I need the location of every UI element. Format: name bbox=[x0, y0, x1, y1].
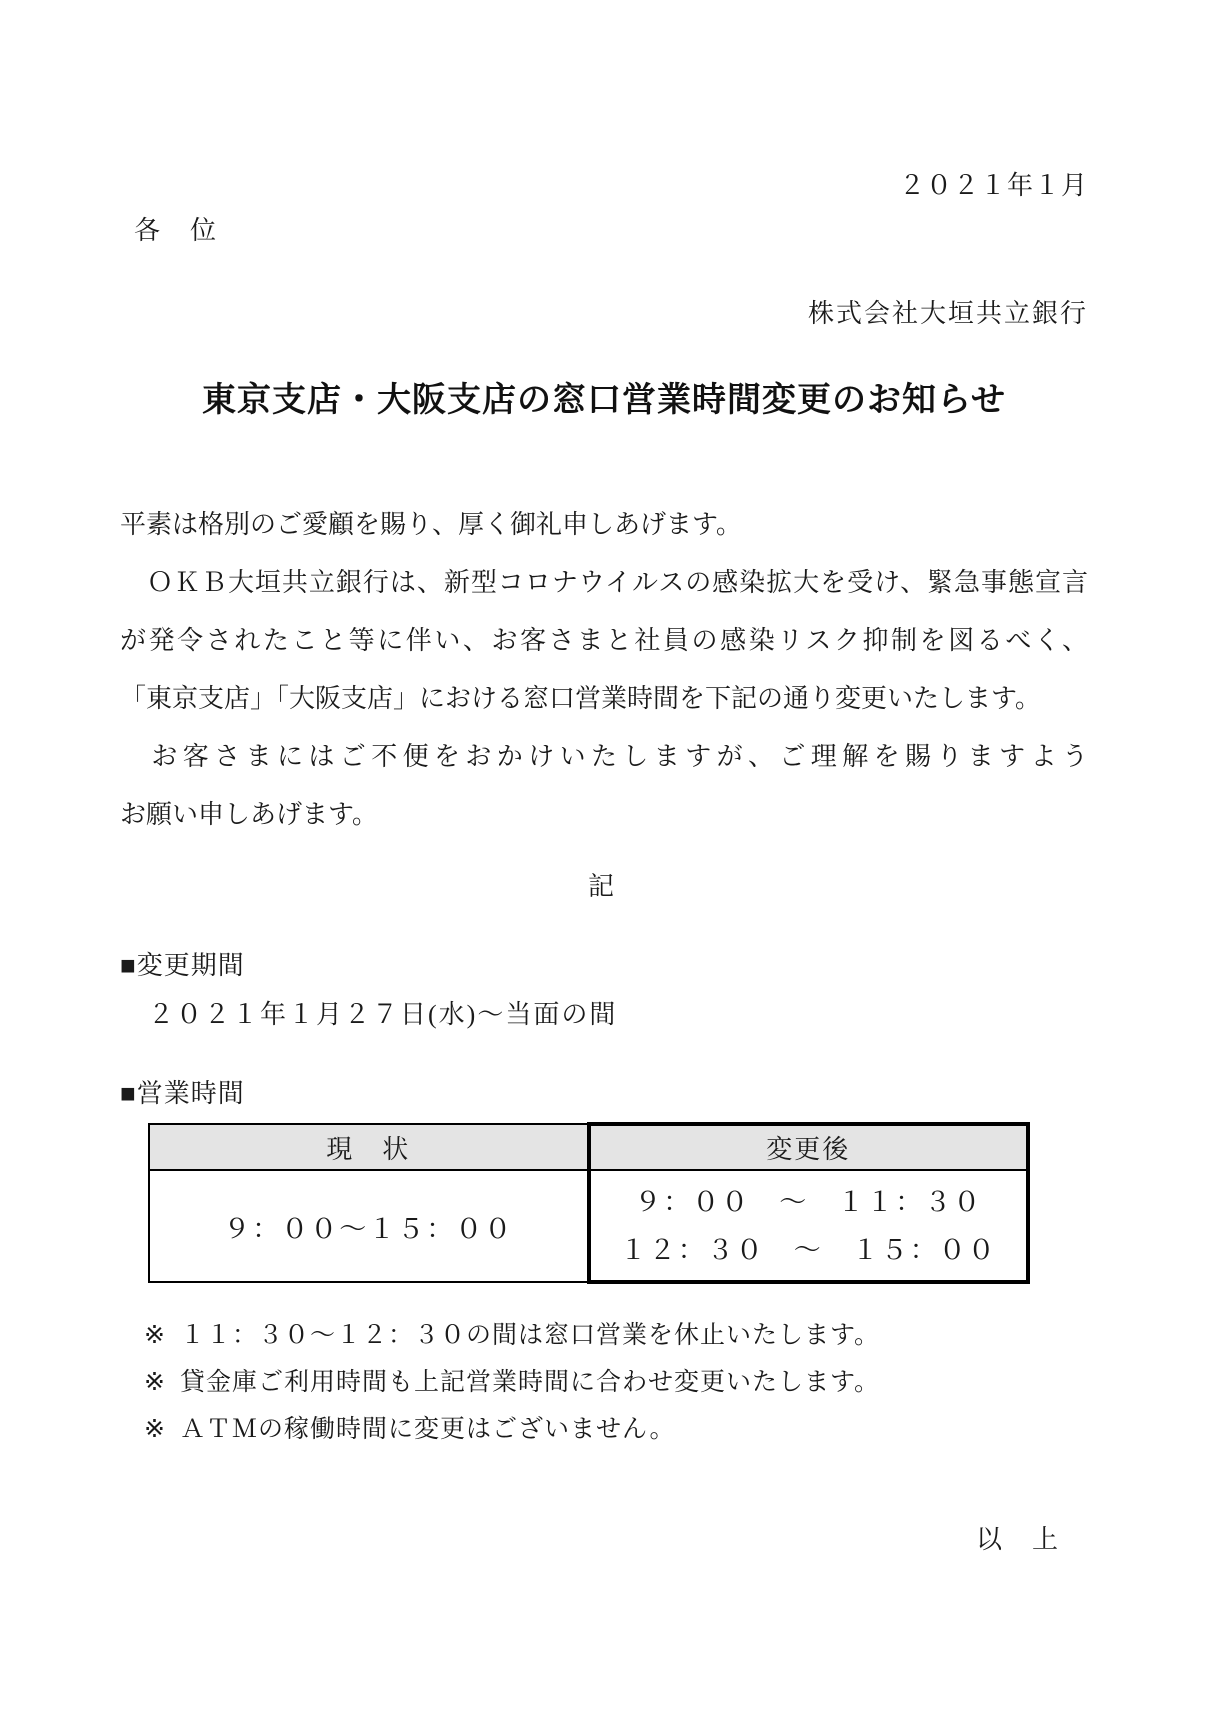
note-marker-2: ※ bbox=[144, 1369, 166, 1396]
note-item-2: ※貸金庫ご利用時間も上記営業時間に合わせ変更いたします。 bbox=[144, 1359, 1088, 1406]
note-text-1: １１：３０～１２：３０の間は窓口営業を休止いたします。 bbox=[180, 1322, 880, 1349]
body-paragraphs: 平素は格別のご愛顧を賜り、厚く御礼申しあげます。 ＯＫＢ大垣共立銀行は、新型コロ… bbox=[120, 496, 1088, 844]
company-name: 株式会社大垣共立銀行 bbox=[120, 293, 1088, 330]
note-text-3: ＡＴＭの稼働時間に変更はございません。 bbox=[180, 1416, 676, 1443]
hours-section-heading: ■営業時間 bbox=[120, 1073, 1088, 1110]
period-section-heading: ■変更期間 bbox=[120, 945, 1088, 982]
closing-marker: 以 上 bbox=[120, 1519, 1060, 1556]
after-hours-line-1: ９：００ ～ １１：３０ bbox=[591, 1178, 1027, 1226]
body-line-4: 「東京支店」「大阪支店」における窓口営業時間を下記の通り変更いたします。 bbox=[120, 670, 1088, 728]
after-hours-line-2: １２：３０ ～ １５：００ bbox=[591, 1226, 1027, 1274]
note-item-1: ※１１：３０～１２：３０の間は窓口営業を休止いたします。 bbox=[144, 1312, 1088, 1359]
recipient-line: 各 位 bbox=[134, 210, 1088, 247]
body-line-3: が発令されたこと等に伴い、お客さまと社員の感染リスク抑制を図るべく、 bbox=[120, 612, 1088, 670]
record-marker: 記 bbox=[120, 866, 1088, 903]
table-header-after: 変更後 bbox=[589, 1124, 1029, 1170]
table-header-row: 現 状 変更後 bbox=[149, 1124, 1028, 1170]
body-line-6: お願い申しあげます。 bbox=[120, 786, 1088, 844]
document-date: ２０２１年１月 bbox=[120, 165, 1088, 202]
note-text-2: 貸金庫ご利用時間も上記営業時間に合わせ変更いたします。 bbox=[180, 1369, 880, 1396]
business-hours-table: 現 状 変更後 ９：００～１５：００ ９：００ ～ １１：３０ １２：３０ ～ … bbox=[148, 1122, 1030, 1284]
notes-list: ※１１：３０～１２：３０の間は窓口営業を休止いたします。 ※貸金庫ご利用時間も上… bbox=[144, 1312, 1088, 1453]
note-marker-3: ※ bbox=[144, 1416, 166, 1443]
after-hours-cell: ９：００ ～ １１：３０ １２：３０ ～ １５：００ bbox=[589, 1170, 1029, 1282]
document-title: 東京支店・大阪支店の窓口営業時間変更のお知らせ bbox=[120, 372, 1088, 421]
body-line-1: 平素は格別のご愛顧を賜り、厚く御礼申しあげます。 bbox=[120, 496, 1088, 554]
table-data-row: ９：００～１５：００ ９：００ ～ １１：３０ １２：３０ ～ １５：００ bbox=[149, 1170, 1028, 1282]
note-item-3: ※ＡＴＭの稼働時間に変更はございません。 bbox=[144, 1406, 1088, 1453]
current-hours-cell: ９：００～１５：００ bbox=[149, 1170, 589, 1282]
note-marker-1: ※ bbox=[144, 1322, 166, 1349]
notice-document-page: ２０２１年１月 各 位 株式会社大垣共立銀行 東京支店・大阪支店の窓口営業時間変… bbox=[0, 0, 1210, 1713]
table-header-current: 現 状 bbox=[149, 1124, 589, 1170]
period-value: ２０２１年１月２７日(水)～当面の間 bbox=[148, 994, 1088, 1031]
body-line-5: お客さまにはご不便をおかけいたしますが、ご理解を賜りますよう bbox=[120, 728, 1088, 786]
body-line-2: ＯＫＢ大垣共立銀行は、新型コロナウイルスの感染拡大を受け、緊急事態宣言 bbox=[120, 554, 1088, 612]
